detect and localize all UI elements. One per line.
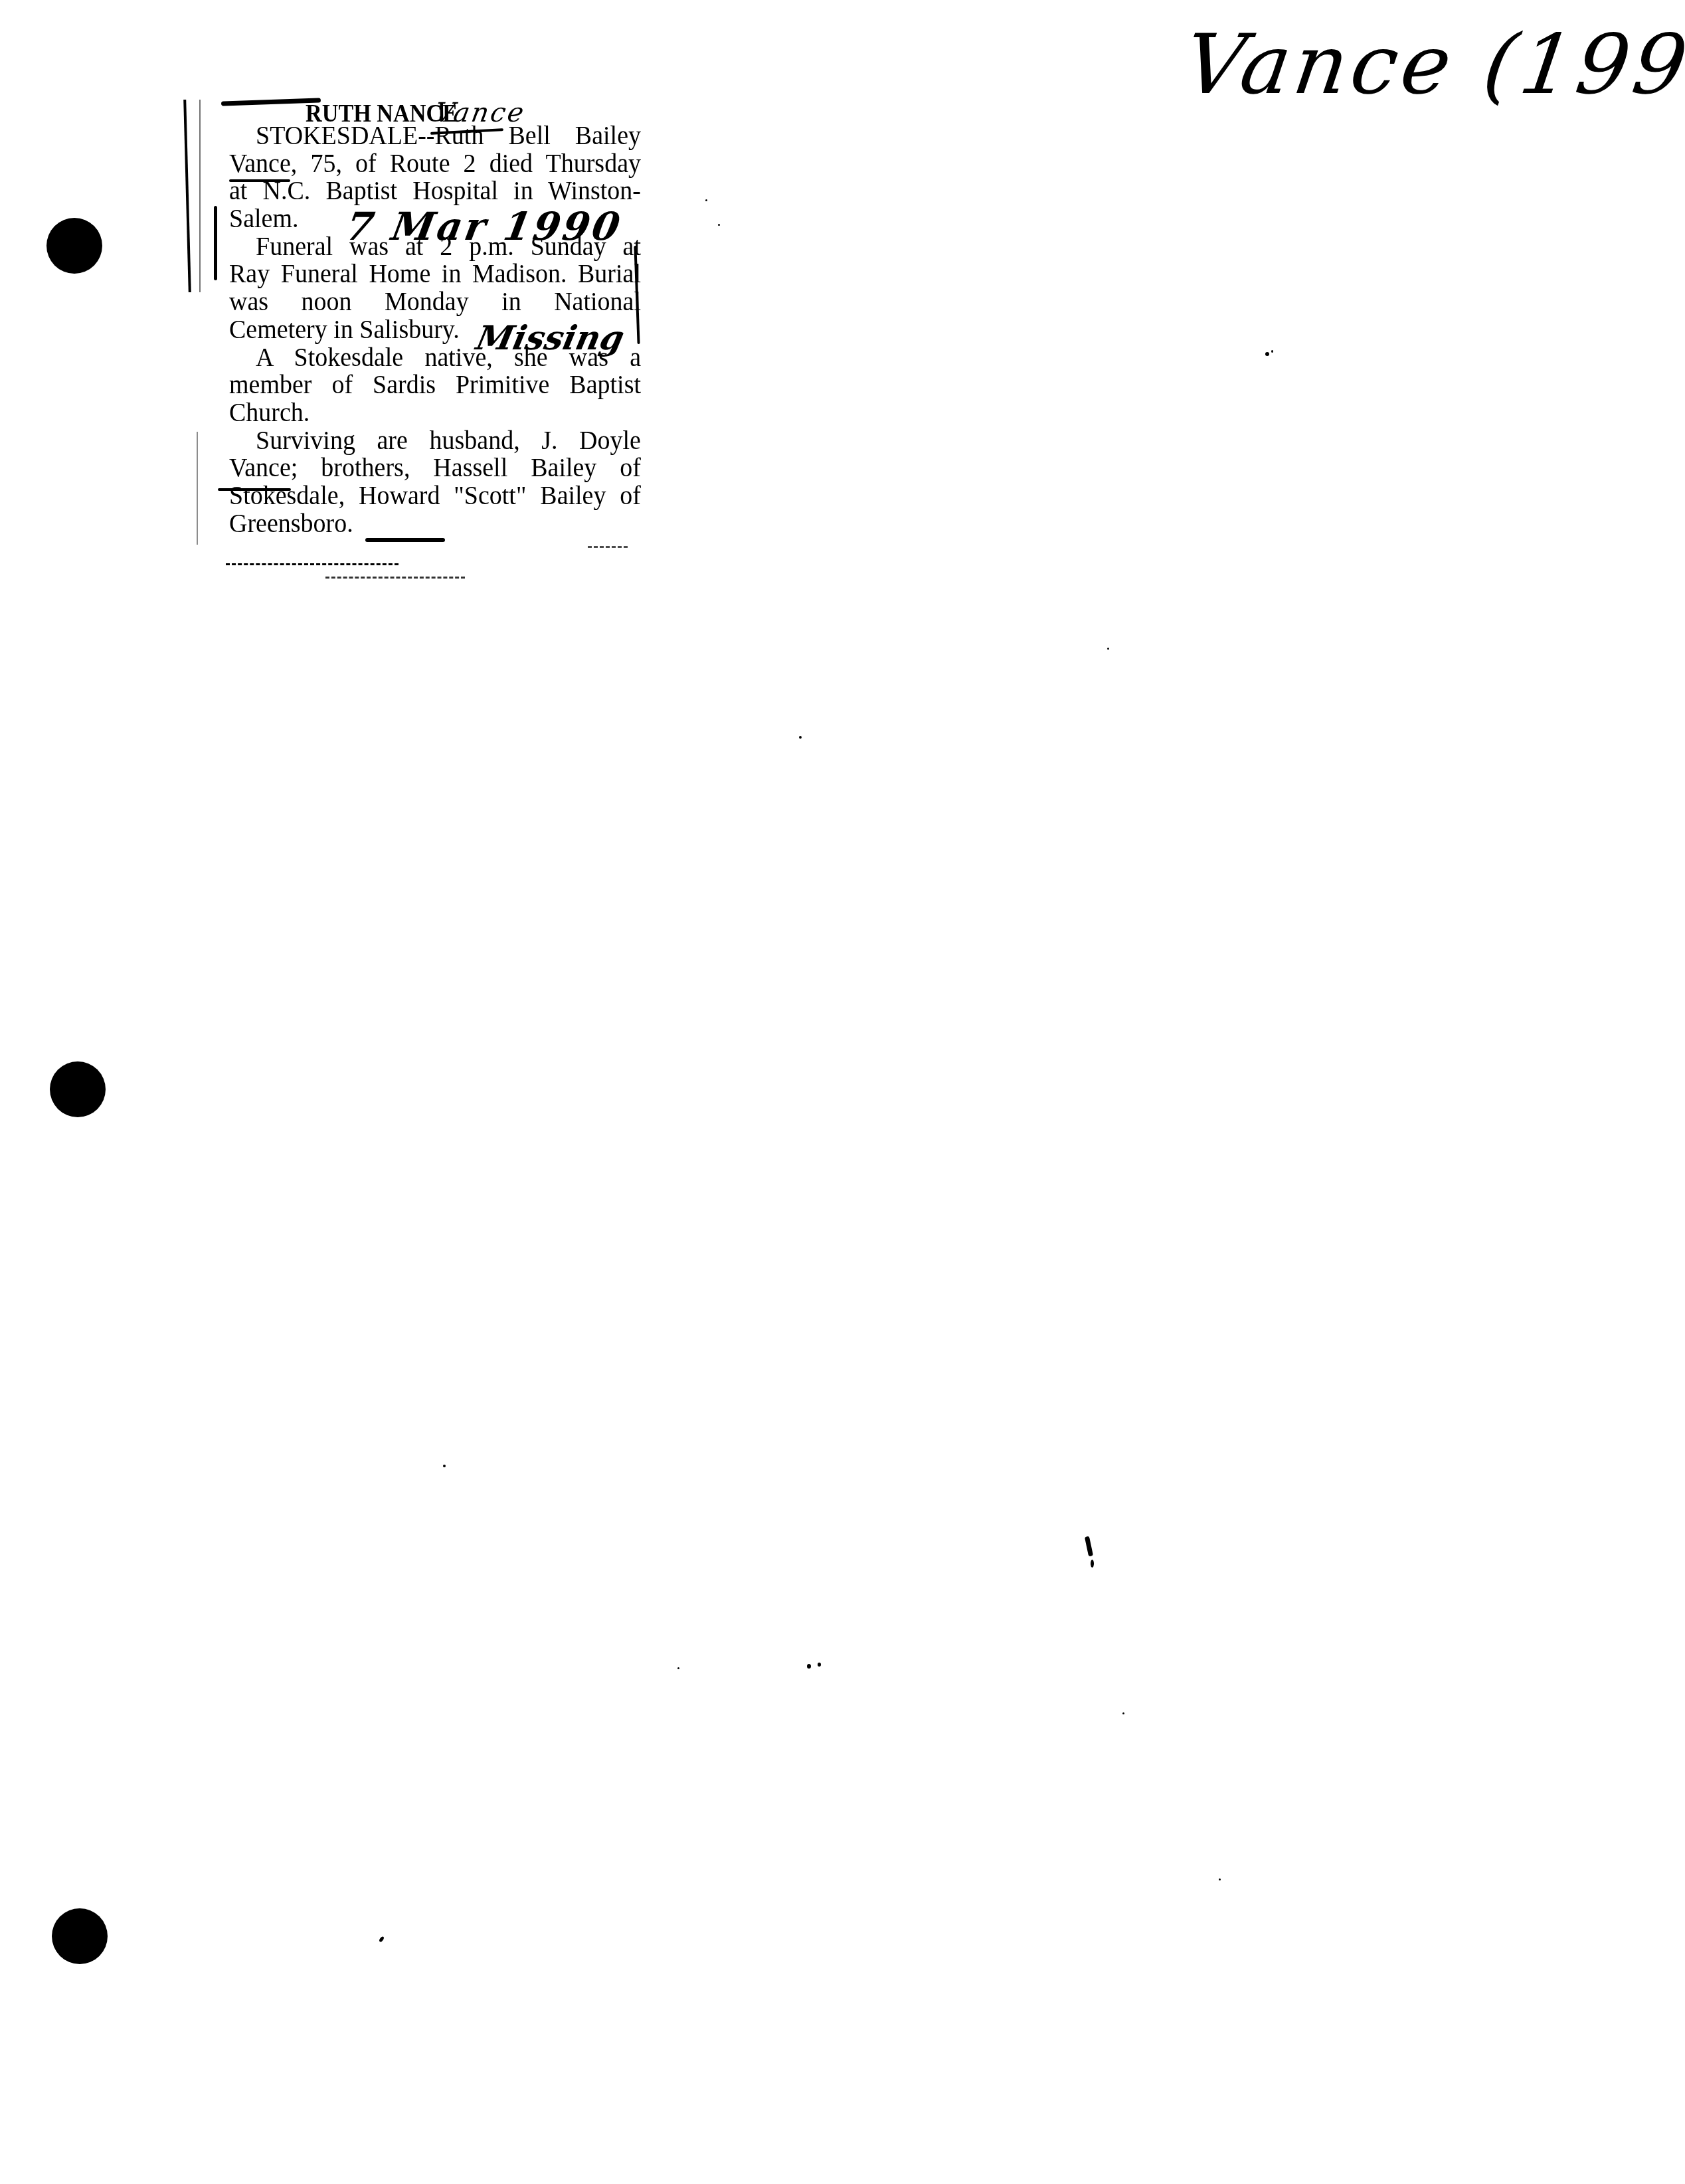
obituary-line: member of Sardis Primitive Baptist xyxy=(229,371,641,401)
scan-speck xyxy=(443,1465,446,1467)
scan-speck xyxy=(1219,1878,1221,1880)
scan-speck xyxy=(1122,1712,1124,1714)
obituary-line: was noon Monday in National xyxy=(229,288,641,318)
clipping-bottom-rule-2 xyxy=(325,577,465,579)
scan-speck xyxy=(1107,648,1109,650)
scan-speck xyxy=(1091,1560,1094,1568)
handwritten-bracket-left xyxy=(214,206,217,280)
scan-speck xyxy=(379,1936,385,1942)
scan-speck xyxy=(718,224,720,226)
scan-speck xyxy=(1085,1536,1093,1557)
clipping-bottom-rule xyxy=(226,563,399,565)
handwritten-underline-vance-2 xyxy=(218,488,291,491)
obituary-line: STOKESDALE--Ruth Bell Bailey xyxy=(229,122,641,151)
clipping-edge-dotted-line xyxy=(199,100,201,292)
clipping-edge-dotted-line-lower xyxy=(197,432,198,545)
obituary-line: Vance; brothers, Hassell Bailey of xyxy=(229,454,641,484)
handwritten-missing-note: Missing xyxy=(474,321,628,355)
scan-speck xyxy=(818,1663,821,1667)
clipping-edge-line xyxy=(183,100,191,292)
scan-speck xyxy=(677,1667,679,1669)
obituary-line: Surviving are husband, J. Doyle xyxy=(229,426,641,456)
scan-speck xyxy=(1265,352,1269,356)
handwritten-date-note: 7 Mar 1990 xyxy=(343,207,626,246)
scan-speck xyxy=(705,199,707,201)
hole-punch-top xyxy=(46,218,102,274)
scan-speck xyxy=(799,736,802,739)
obituary-line: Greensboro. xyxy=(229,509,641,539)
hole-punch-middle xyxy=(50,1061,106,1117)
scanned-page: Vance (1990's) RUTH NANCE Vance STOKESDA… xyxy=(0,0,1685,2184)
obituary-line: Ray Funeral Home in Madison. Burial xyxy=(229,260,641,290)
obituary-line: Church. xyxy=(229,399,641,428)
obituary-line: Stokesdale, Howard "Scott" Bailey of xyxy=(229,482,641,511)
scan-speck xyxy=(1271,350,1273,353)
handwritten-stroke-end xyxy=(365,538,445,542)
obituary-line: at N.C. Baptist Hospital in Winston- xyxy=(229,177,641,207)
handwritten-surname-note: Vance (1990's) xyxy=(1180,24,1685,106)
clipping-bottom-rule-3 xyxy=(588,546,628,548)
obituary-line: Vance, 75, of Route 2 died Thursday xyxy=(229,149,641,179)
handwritten-underline-vance-1 xyxy=(229,179,290,182)
hole-punch-bottom xyxy=(52,1908,108,1964)
scan-speck xyxy=(807,1664,811,1669)
